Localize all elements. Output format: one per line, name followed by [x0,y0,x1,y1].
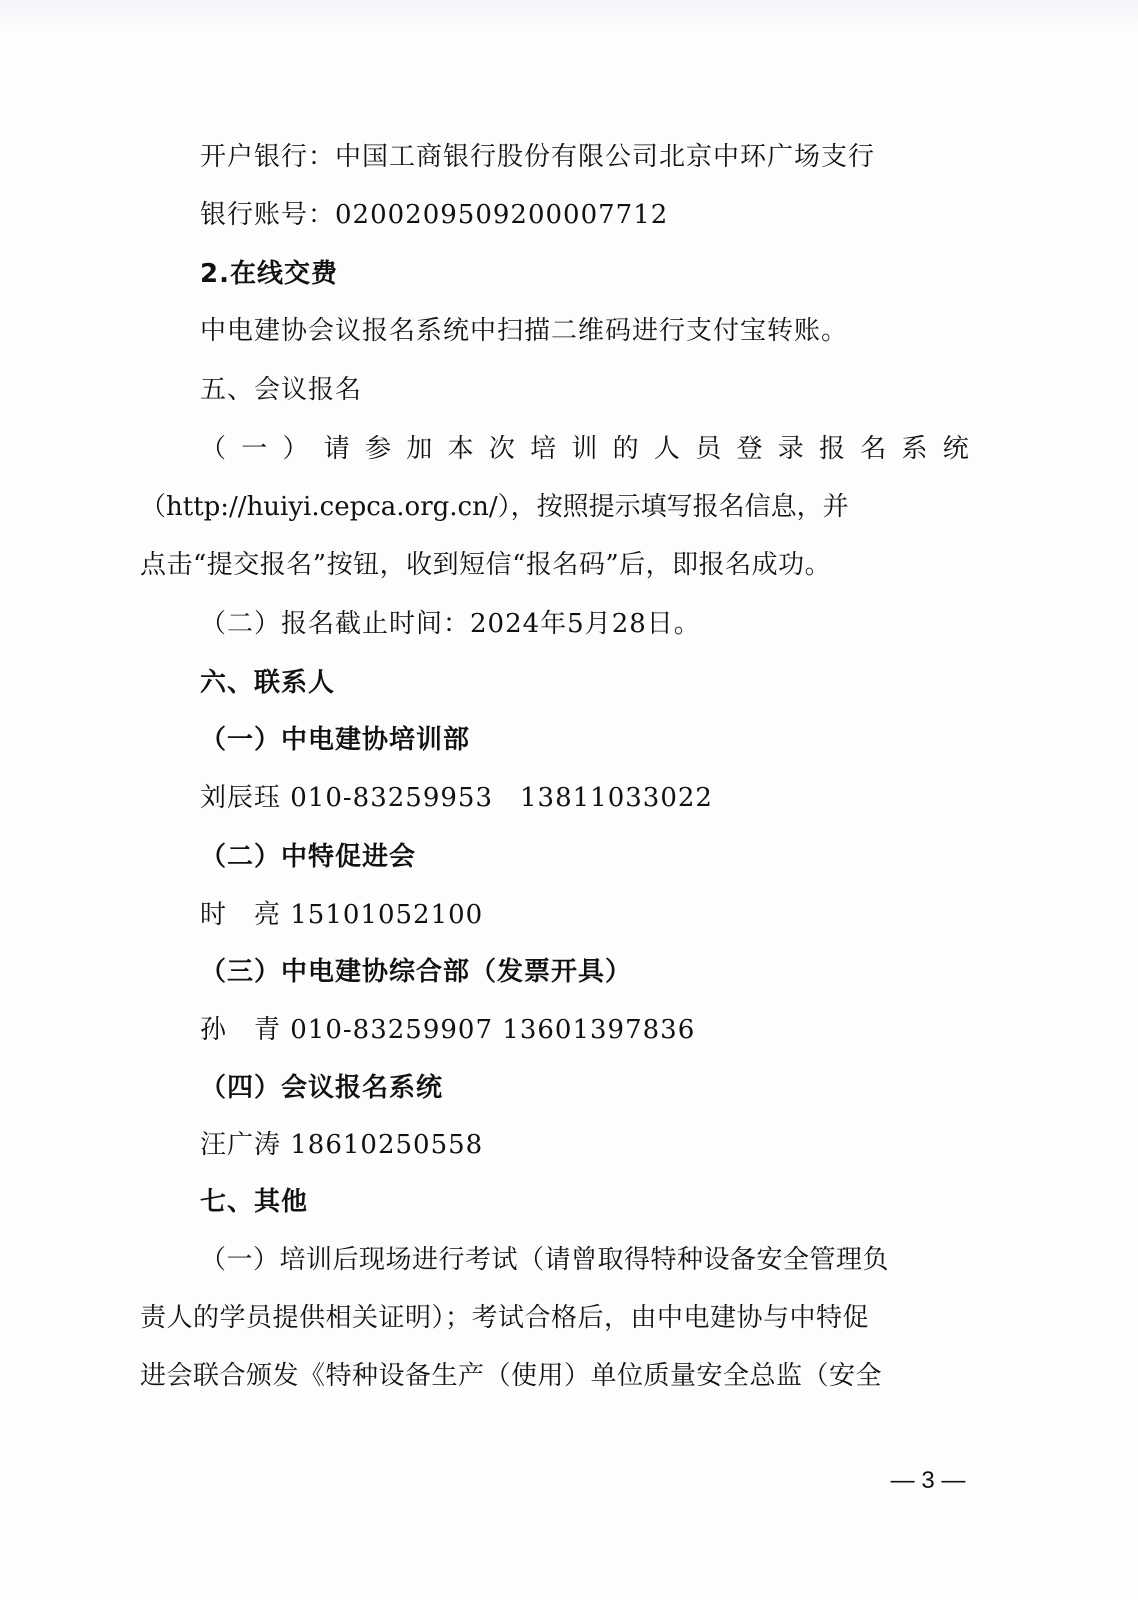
char: 参 [365,429,392,469]
char: 员 [695,429,722,469]
contact-4: 汪广涛 18610250558 [200,1125,970,1165]
char: （ [200,429,227,469]
document-page: 开户银行：中国工商银行股份有限公司北京中环广场支行 银行账号：020020950… [0,0,1138,1600]
contact-2: 时 亮 15101052100 [200,895,970,935]
char: 录 [778,429,805,469]
contact-3: 孙 青 010-83259907 13601397836 [200,1010,970,1050]
bank-account-line: 银行账号：0200209509200007712 [200,195,970,235]
registration-deadline: （二）报名截止时间：2024年5月28日。 [200,604,970,644]
char: 请 [324,429,351,469]
char: 培 [530,429,557,469]
registration-submit-line: 点击“提交报名”按钮，收到短信“报名码”后，即报名成功。 [140,545,970,585]
bank-name-line: 开户银行：中国工商银行股份有限公司北京中环广场支行 [200,137,970,177]
online-payment-text: 中电建协会议报名系统中扫描二维码进行支付宝转账。 [200,311,970,351]
char: 人 [654,429,681,469]
char: 次 [489,429,516,469]
char: 一 [241,429,268,469]
char: 加 [406,429,433,469]
char: 报 [819,429,846,469]
section-seven-heading: 七、其他 [200,1182,970,1222]
char: 名 [860,429,887,469]
char: 登 [736,429,763,469]
section-five-heading: 五、会议报名 [200,370,970,410]
contact-group-4-title: （四）会议报名系统 [200,1068,970,1108]
other-paragraph-line-1: （一）培训后现场进行考试（请曾取得特种设备安全管理负 [200,1240,970,1280]
char: 系 [902,429,929,469]
char: 的 [613,429,640,469]
char: ） [283,429,310,469]
contact-group-3-title: （三）中电建协综合部（发票开具） [200,952,970,992]
contact-group-1-title: （一）中电建协培训部 [200,720,970,760]
contact-1: 刘辰珏 010-83259953 13811033022 [200,778,970,818]
online-payment-heading: 2.在线交费 [200,254,970,294]
page-number: — 3 — [878,1464,978,1498]
section-six-heading: 六、联系人 [200,663,970,703]
registration-url-line: （http://huiyi.cepca.org.cn/），按照提示填写报名信息，… [140,487,970,527]
registration-paragraph-line-1: （ 一 ） 请 参 加 本 次 培 训 的 人 员 登 录 报 名 系 统 [200,429,970,469]
contact-group-2-title: （二）中特促进会 [200,837,970,877]
char: 统 [943,429,970,469]
char: 训 [571,429,598,469]
other-paragraph-line-3: 进会联合颁发《特种设备生产（使用）单位质量安全总监（安全 [140,1356,970,1396]
other-paragraph-line-2: 责人的学员提供相关证明）；考试合格后，由中电建协与中特促 [140,1298,970,1338]
char: 本 [448,429,475,469]
